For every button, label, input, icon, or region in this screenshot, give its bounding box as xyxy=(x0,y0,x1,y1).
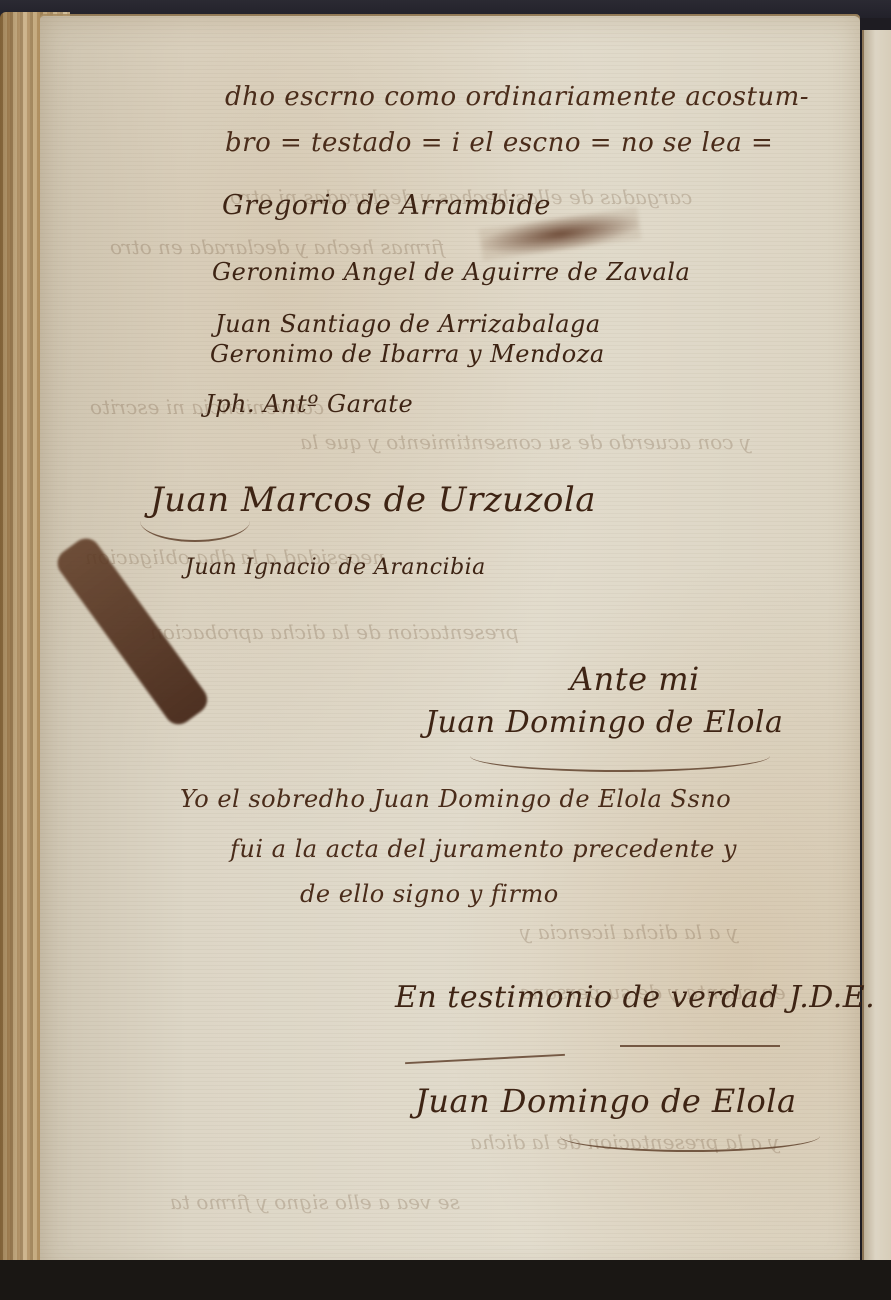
ante-mi-notation: Ante mi xyxy=(570,660,700,698)
attestation-line-2: fui a la acta del juramento precedente y xyxy=(230,835,737,863)
signature-flourish xyxy=(470,740,770,772)
signature-gregorio-de-arrambide: Gregorio de Arrambide xyxy=(222,190,551,221)
text-line-1: dho escrno como ordinariamente acostum- xyxy=(225,82,809,112)
bleed-through-text: presentacion de la dicha aprobacion xyxy=(150,620,519,644)
signature-juan-santiago: Juan Santiago de Arrizabalaga xyxy=(215,310,601,338)
signature-flourish xyxy=(140,500,250,542)
signature-juan-ignacio-arancibia: Juan Ignacio de Arancibia xyxy=(185,555,486,580)
bleed-through-text: firmas hecha y declarada en otro xyxy=(110,235,445,259)
signature-flourish xyxy=(560,1120,820,1152)
bleed-through-text: y a la dicha licencia y xyxy=(520,920,738,944)
notarial-rule xyxy=(620,1045,780,1047)
bleed-through-text: se vea a ello signo y firmo ta xyxy=(170,1190,460,1214)
adjacent-page-edge xyxy=(862,30,891,1280)
signature-geronimo-ibarra: Geronimo de Ibarra y Mendoza xyxy=(210,340,605,368)
text-line-2: bro = testado = i el escno = no se lea = xyxy=(225,128,773,158)
background-bottom xyxy=(0,1260,891,1300)
signature-jph-antonio-garate: Jph. Antº Garate xyxy=(205,390,413,418)
signature-geronimo-angel: Geronimo Angel de Aguirre de Zavala xyxy=(212,258,690,286)
signature-juan-domingo-elola-1: Juan Domingo de Elola xyxy=(425,705,783,740)
manuscript-photo: cargadas de ellas hechas y declaradas ni… xyxy=(0,0,891,1300)
attestation-line-3: de ello signo y firmo xyxy=(300,880,559,908)
attestation-line-1: Yo el sobredho Juan Domingo de Elola Ssn… xyxy=(180,785,731,813)
signature-juan-domingo-elola-final: Juan Domingo de Elola xyxy=(415,1082,797,1120)
bleed-through-text: y con acuerdo de su consentimiento y que… xyxy=(300,430,751,454)
notarial-sign-mark: En testimonio de verdad J.D.E. xyxy=(395,980,875,1015)
